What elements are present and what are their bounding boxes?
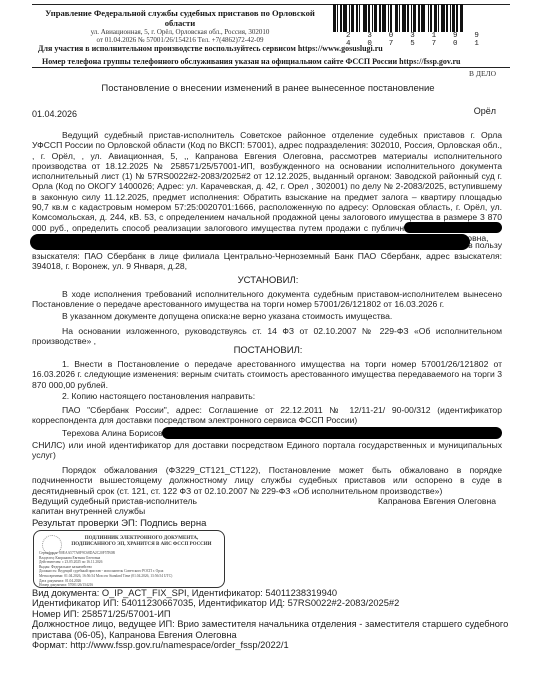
meta-official: Должностное лицо, ведущее ИП: Врио замес… [32,619,512,640]
gosuslugi-notice: Для участия в исполнительном производств… [38,44,383,53]
established-heading: УСТАНОВИЛ: [0,275,536,286]
stamp-details: Сертификат: 00EAA577A8F9C68DA2C20F57B0B … [39,551,172,588]
redaction-debtor-1 [404,222,502,233]
in-favor-text: в пользу [32,240,502,250]
document-date: 01.04.2026 [32,109,77,119]
stamp-title-line-2: ПОДПИСАННОГО ЭП, ХРАНИТСЯ В АИС ФССП РОС… [64,542,219,548]
stamp-timestamp: Метка времени: 01.04.2026, 16:56:54 Mosc… [39,574,172,579]
signer-position-line-2: капитан внутренней службы [32,506,197,516]
meta-ip-number: Номер ИП: 258571/25/57001-ИП [32,609,512,619]
letterhead: Управление Федеральной службы судебных п… [30,8,330,44]
signer-position: Ведущий судебный пристав-исполнитель кап… [32,496,197,516]
document-city: Орёл [474,106,496,116]
signer-name: Капранова Евгения Олеговна [378,496,496,506]
established-paragraph-3: На основании изложенного, руководствуясь… [32,326,502,347]
organization-name: Управление Федеральной службы судебных п… [30,8,330,28]
resolved-heading: ПОСТАНОВИЛ: [0,345,536,356]
resolved-paragraph-2: 2. Копию настоящего постановления направ… [32,391,502,401]
meta-ip-ids: Идентификатор ИП: 54011230667035, Иденти… [32,598,512,608]
redaction-recipient [162,427,502,439]
meta-doc-type: Вид документа: O_IP_ACT_FIX_SPI, Идентиф… [32,588,512,598]
recipient-debtor-tail: СНИЛС) или иной идентификатор для достав… [32,440,502,461]
recipient-sberbank: ПАО "Сбербанк России", адрес: Соглашение… [32,405,502,426]
meta-format: Формат: http://www.fssp.gov.ru/namespace… [32,640,512,650]
electronic-signature-stamp: ПОДЛИННИК ЭЛЕКТРОННОГО ДОКУМЕНТА, ПОДПИС… [33,530,225,588]
established-paragraph-2: В указанном документе допущена описка:не… [32,311,502,321]
document-title: Постановление о внесении изменений в ран… [0,83,536,94]
appeal-paragraph: Порядок обжалования (ФЗ229_СТ121_СТ122),… [32,465,502,496]
stamp-title: ПОДЛИННИК ЭЛЕКТРОННОГО ДОКУМЕНТА, ПОДПИС… [64,536,219,548]
document-metadata: Вид документа: O_IP_ACT_FIX_SPI, Идентиф… [32,588,512,650]
signature-check-result: Результат проверки ЭП: Подпись верна [32,518,206,529]
resolved-paragraph-1: 1. Внести в Постановление о передаче аре… [32,359,502,390]
established-paragraph-1: В ходе исполнения требований исполнитель… [32,289,502,310]
to-file-mark: В ДЕЛО [469,69,496,78]
header-rule [32,67,510,68]
phone-notice: Номер телефона группы телефонного обслуж… [42,57,460,66]
creditor-paragraph: взыскателя: ПАО Сбербанк в лице филиала … [32,251,502,272]
document-reference: от 01.04.2026 № 57001/26/154216 Тел. +7(… [30,36,330,44]
signer-position-line-1: Ведущий судебный пристав-исполнитель [32,496,197,506]
organization-address: ул. Авиационная, 5, г. Орёл, Орловская о… [30,28,330,36]
